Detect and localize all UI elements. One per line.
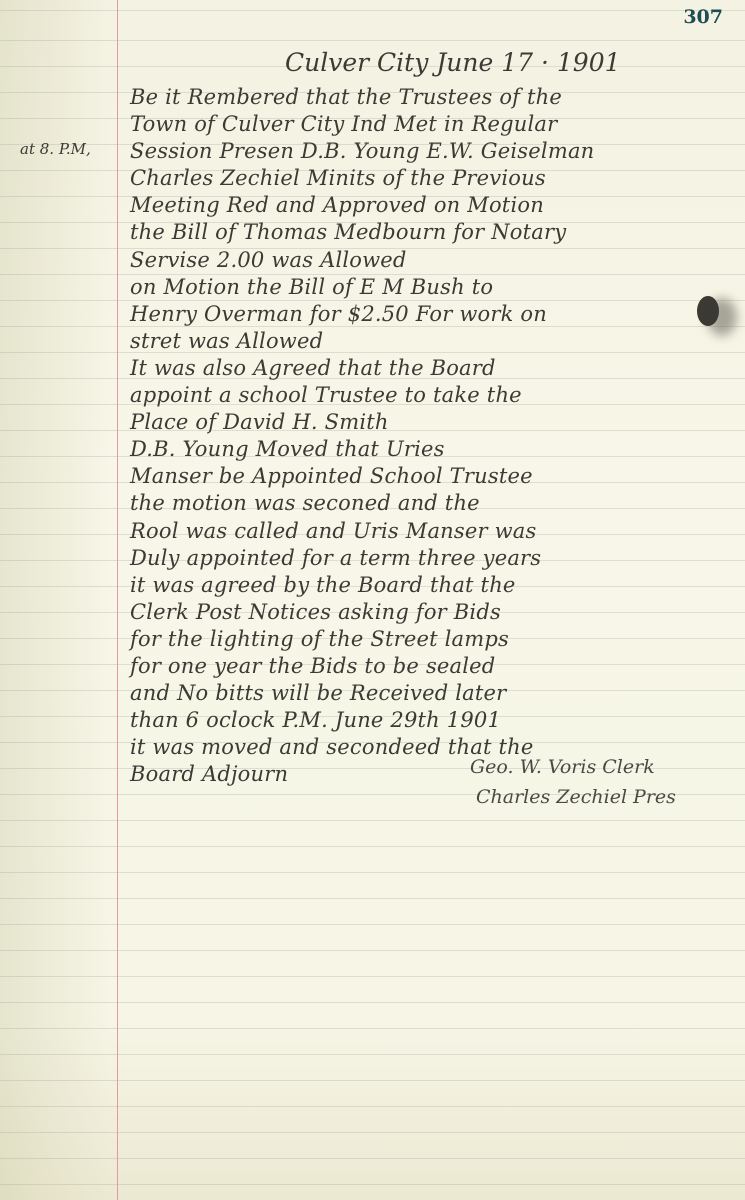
text-line: D.B. Young Moved that Uries: [130, 436, 740, 463]
president-signature: Charles Zechiel Pres: [476, 782, 676, 812]
text-line: for the lighting of the Street lamps: [130, 626, 740, 653]
margin-line: [117, 0, 118, 1200]
ledger-page: 307 Culver City June 17 · 1901 at 8. P.M…: [0, 0, 745, 1200]
text-line: and No bitts will be Received later: [130, 680, 740, 707]
page-number: 307: [683, 6, 723, 28]
text-line: it was agreed by the Board that the: [130, 572, 740, 599]
text-line: Place of David H. Smith: [130, 409, 740, 436]
text-line: stret was Allowed: [130, 328, 740, 355]
text-line: Servise 2.00 was Allowed: [130, 247, 740, 274]
text-line: appoint a school Trustee to take the: [130, 382, 740, 409]
text-line: Rool was called and Uris Manser was: [130, 518, 740, 545]
margin-note-time: at 8. P.M,: [20, 140, 91, 158]
text-line: on Motion the Bill of E M Bush to: [130, 274, 740, 301]
text-line: the motion was seconed and the: [130, 490, 740, 517]
text-line: for one year the Bids to be sealed: [130, 653, 740, 680]
text-line: Town of Culver City Ind Met in Regular: [130, 111, 740, 138]
clerk-signature: Geo. W. Voris Clerk: [470, 752, 676, 782]
text-line: Charles Zechiel Minits of the Previous: [130, 165, 740, 192]
text-line: than 6 oclock P.M. June 29th 1901: [130, 707, 740, 734]
text-line: Clerk Post Notices asking for Bids: [130, 599, 740, 626]
text-line: Duly appointed for a term three years: [130, 545, 740, 572]
text-line: Session Presen D.B. Young E.W. Geiselman: [130, 138, 740, 165]
text-line: Meeting Red and Approved on Motion: [130, 192, 740, 219]
text-line: Be it Rembered that the Trustees of the: [130, 84, 740, 111]
minutes-body: Be it Rembered that the Trustees of the …: [130, 84, 740, 788]
text-line: Henry Overman for $2.50 For work on: [130, 301, 740, 328]
text-line: Manser be Appointed School Trustee: [130, 463, 740, 490]
minutes-heading: Culver City June 17 · 1901: [285, 48, 621, 77]
signature-block: Geo. W. Voris Clerk Charles Zechiel Pres: [470, 752, 676, 812]
text-line: the Bill of Thomas Medbourn for Notary: [130, 219, 740, 246]
text-line: It was also Agreed that the Board: [130, 355, 740, 382]
